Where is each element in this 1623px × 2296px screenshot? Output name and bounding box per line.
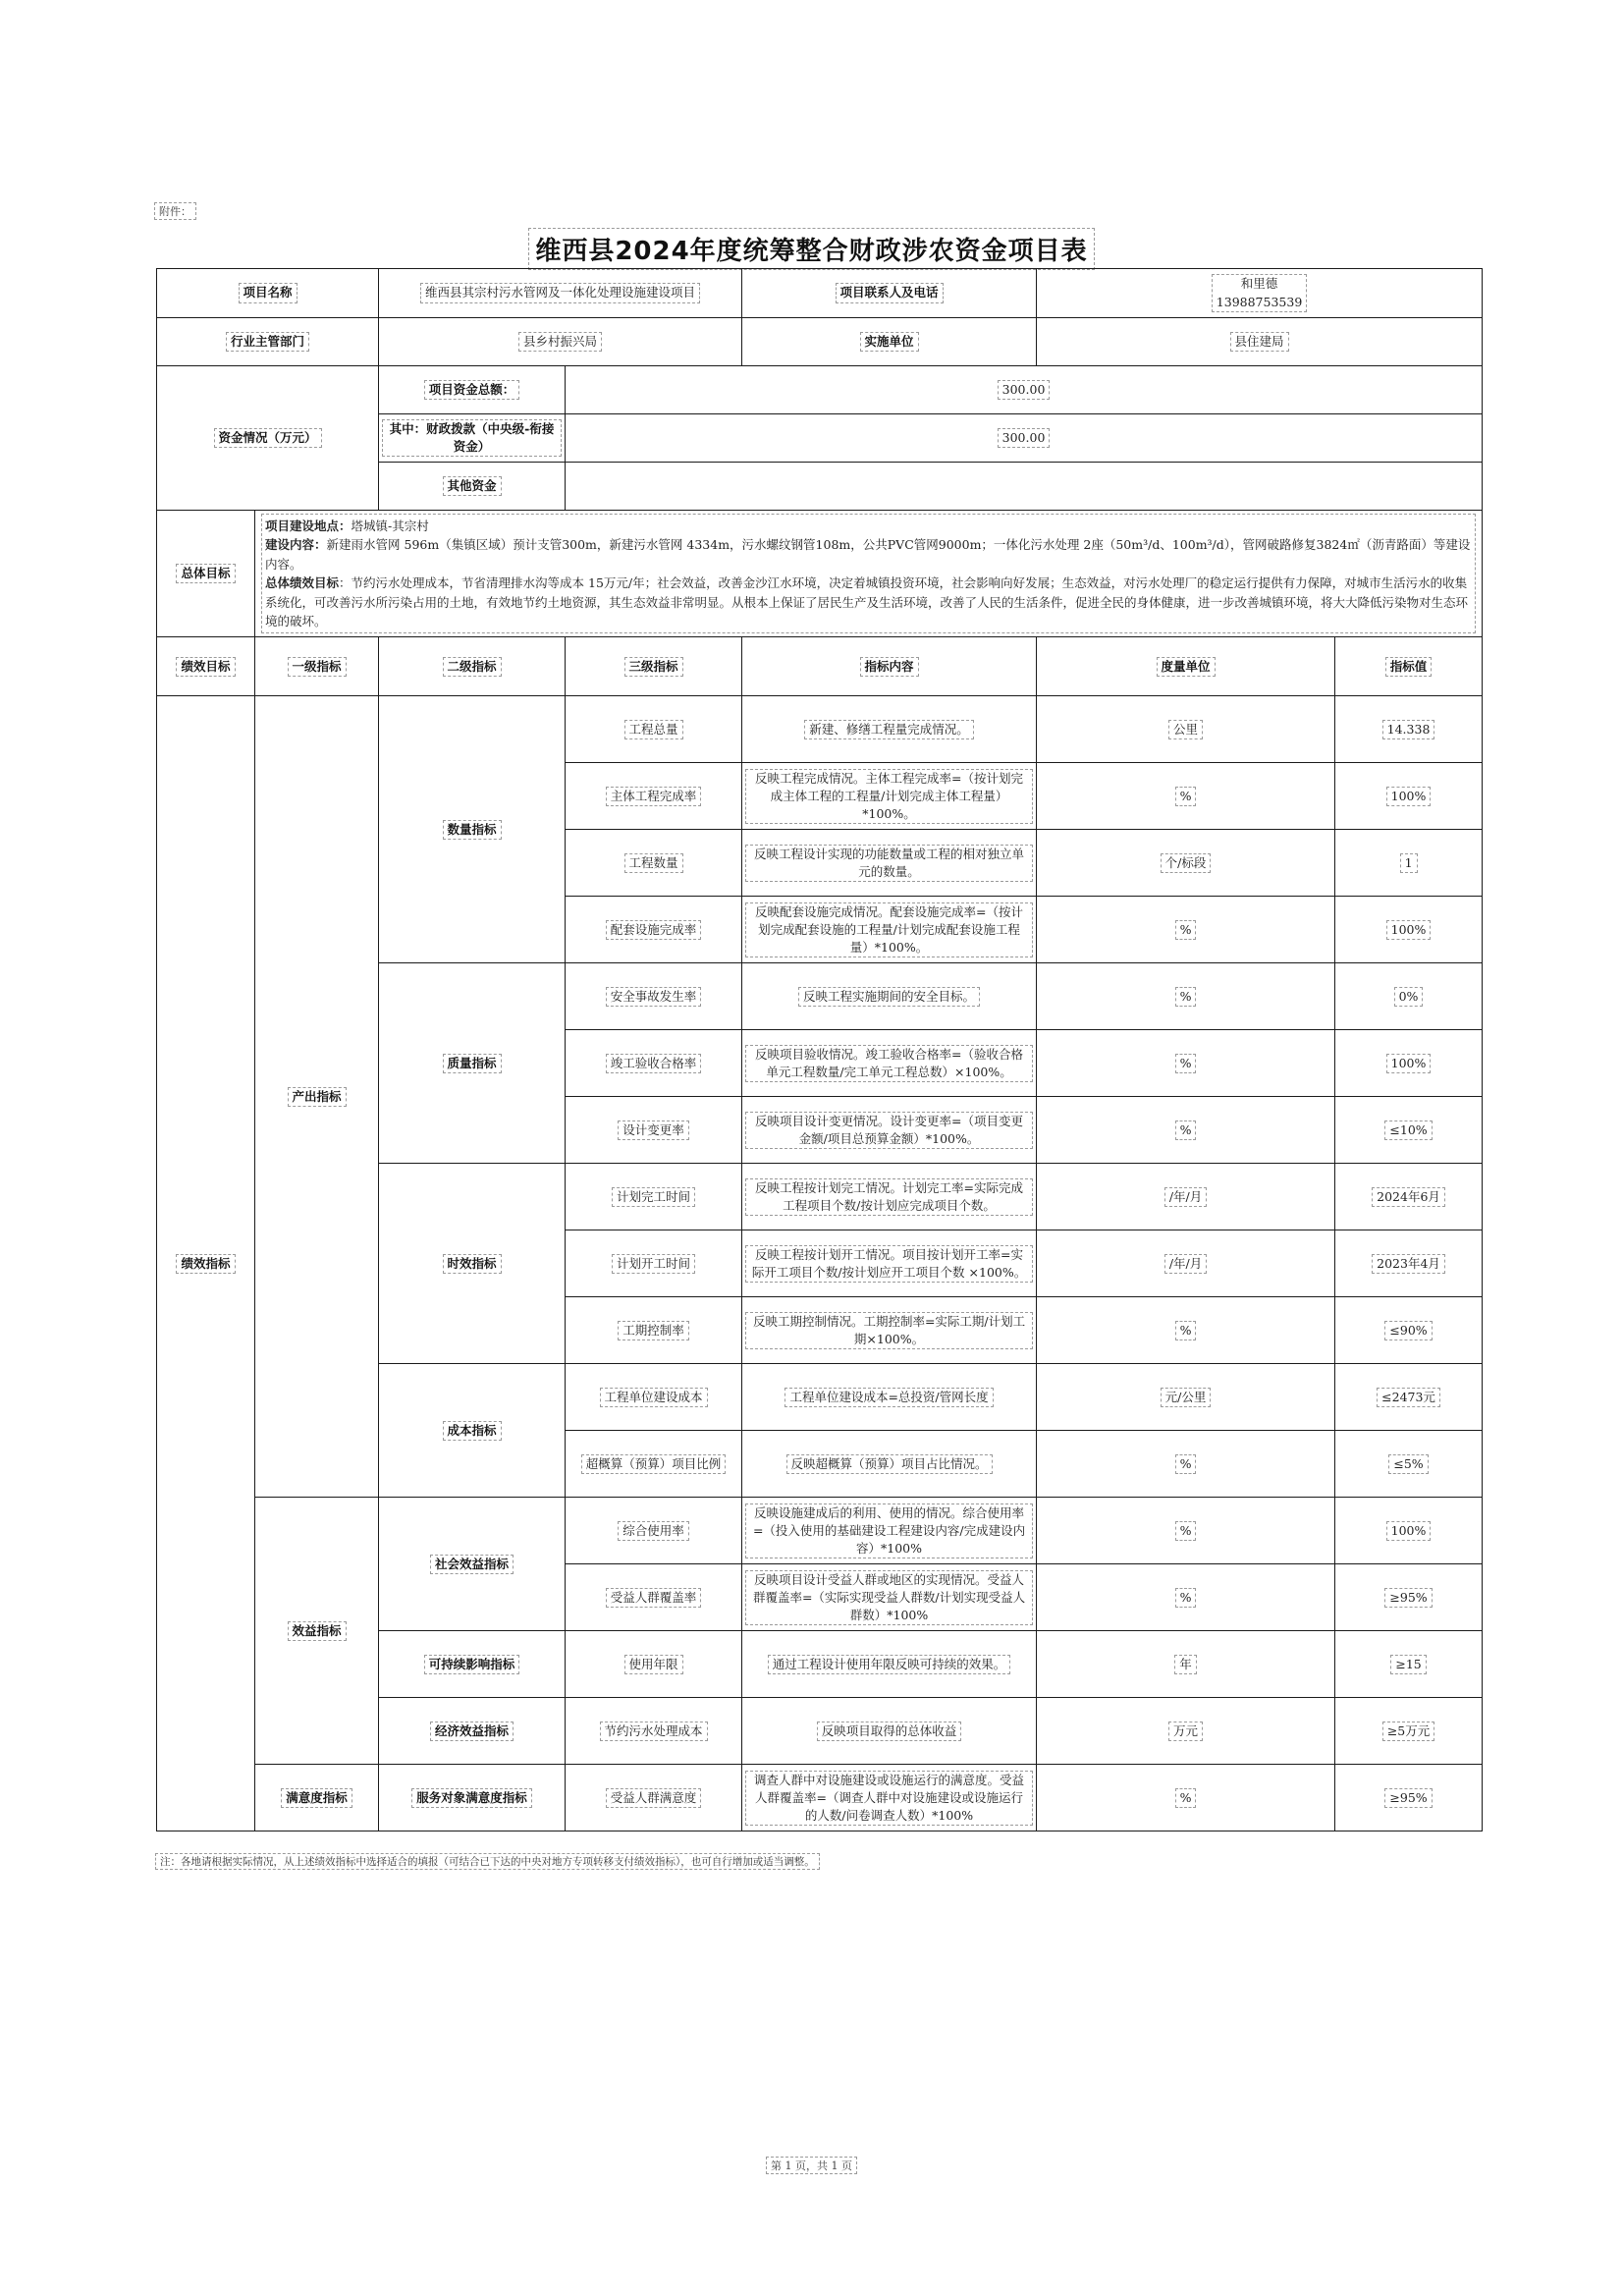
cell-unit: % xyxy=(1037,1498,1335,1564)
cell-value: ≥95% xyxy=(1335,1564,1483,1631)
level2-indicator: 服务对象满意度指标 xyxy=(379,1765,566,1831)
cell-l3: 受益人群满意度 xyxy=(566,1765,742,1831)
dept-label: 行业主管部门 xyxy=(157,318,379,366)
perf-body: 绩效指标产出指标数量指标工程总量新建、修缮工程量完成情况。公里14.338主体工… xyxy=(157,696,1483,1831)
cell-l3: 竣工验收合格率 xyxy=(566,1030,742,1097)
cell-content: 通过工程设计使用年限反映可持续的效果。 xyxy=(742,1631,1037,1698)
cell-value: 100% xyxy=(1335,1030,1483,1097)
col-level1: 一级指标 xyxy=(255,637,379,696)
col-content: 指标内容 xyxy=(742,637,1037,696)
level1-indicator: 产出指标 xyxy=(255,696,379,1498)
row-dept: 行业主管部门 县乡村振兴局 实施单位 县住建局 xyxy=(157,318,1483,366)
cell-value: 100% xyxy=(1335,1498,1483,1564)
funds-total-value: 300.00 xyxy=(566,366,1483,414)
project-name-value: 维西县其宗村污水管网及一体化处理设施建设项目 xyxy=(379,269,742,318)
cell-unit: % xyxy=(1037,1765,1335,1831)
cell-content: 反映项目取得的总体收益 xyxy=(742,1698,1037,1765)
cell-content: 反映工期控制情况。工期控制率=实际工期/计划工期×100%。 xyxy=(742,1297,1037,1364)
footnote: 注：各地请根据实际情况，从上述绩效指标中选择适合的填报（可结合已下达的中央对地方… xyxy=(155,1853,820,1870)
cell-content: 反映工程完成情况。主体工程完成率=（按计划完成主体工程的工程量/计划完成主体工程… xyxy=(742,763,1037,830)
cell-value: 2023年4月 xyxy=(1335,1230,1483,1297)
dept-value: 县乡村振兴局 xyxy=(379,318,742,366)
cell-unit: % xyxy=(1037,963,1335,1030)
cell-l3: 配套设施完成率 xyxy=(566,897,742,963)
col-perf-goal: 绩效目标 xyxy=(157,637,255,696)
cell-content: 反映项目验收情况。竣工验收合格率=（验收合格单元工程数量/完工单元工程总数）×1… xyxy=(742,1030,1037,1097)
page-title: 维西县2024年度统筹整合财政涉农资金项目表 xyxy=(0,228,1623,270)
perf-row: 满意度指标服务对象满意度指标受益人群满意度调查人群中对设施建设或设施运行的满意度… xyxy=(157,1765,1483,1831)
cell-l3: 工程数量 xyxy=(566,830,742,897)
attachment-label: 附件： xyxy=(154,202,196,220)
cell-unit: /年/月 xyxy=(1037,1164,1335,1230)
level2-indicator: 经济效益指标 xyxy=(379,1698,566,1765)
cell-content: 新建、修缮工程量完成情况。 xyxy=(742,696,1037,763)
cell-value: 1 xyxy=(1335,830,1483,897)
cell-value: ≥5万元 xyxy=(1335,1698,1483,1765)
level2-indicator: 社会效益指标 xyxy=(379,1498,566,1631)
cell-l3: 安全事故发生率 xyxy=(566,963,742,1030)
cell-unit: 公里 xyxy=(1037,696,1335,763)
impl-value: 县住建局 xyxy=(1037,318,1483,366)
cell-unit: 元/公里 xyxy=(1037,1364,1335,1431)
cell-l3: 计划完工时间 xyxy=(566,1164,742,1230)
level2-indicator: 可持续影响指标 xyxy=(379,1631,566,1698)
cell-unit: 万元 xyxy=(1037,1698,1335,1765)
cell-unit: % xyxy=(1037,1297,1335,1364)
level1-indicator: 效益指标 xyxy=(255,1498,379,1765)
cell-l3: 设计变更率 xyxy=(566,1097,742,1164)
cell-value: 14.338 xyxy=(1335,696,1483,763)
cell-value: ≤90% xyxy=(1335,1297,1483,1364)
cell-unit: % xyxy=(1037,897,1335,963)
funds-other-value xyxy=(566,463,1483,511)
cell-content: 反映项目设计变更情况。设计变更率=（项目变更金额/项目总预算金额）*100%。 xyxy=(742,1097,1037,1164)
funds-other-label: 其他资金 xyxy=(379,463,566,511)
contact-label: 项目联系人及电话 xyxy=(742,269,1037,318)
col-unit: 度量单位 xyxy=(1037,637,1335,696)
level2-indicator: 质量指标 xyxy=(379,963,566,1164)
cell-l3: 节约污水处理成本 xyxy=(566,1698,742,1765)
cell-value: 2024年6月 xyxy=(1335,1164,1483,1230)
cell-unit: /年/月 xyxy=(1037,1230,1335,1297)
cell-value: ≤10% xyxy=(1335,1097,1483,1164)
cell-value: ≥95% xyxy=(1335,1765,1483,1831)
level2-indicator: 时效指标 xyxy=(379,1164,566,1364)
funds-fiscal-label: 其中：财政拨款（中央级-衔接资金） xyxy=(379,414,566,463)
cell-content: 反映设施建成后的利用、使用的情况。综合使用率=（投入使用的基础建设工程建设内容/… xyxy=(742,1498,1037,1564)
level2-indicator: 数量指标 xyxy=(379,696,566,963)
cell-unit: 个/标段 xyxy=(1037,830,1335,897)
overall-goal-content: 项目建设地点：塔城镇-其宗村 建设内容：新建雨水管网 596m（集镇区域）预计支… xyxy=(255,511,1483,637)
perf-row: 绩效指标产出指标数量指标工程总量新建、修缮工程量完成情况。公里14.338 xyxy=(157,696,1483,763)
cell-l3: 工期控制率 xyxy=(566,1297,742,1364)
funds-fiscal-value: 300.00 xyxy=(566,414,1483,463)
col-value: 指标值 xyxy=(1335,637,1483,696)
cell-content: 反映项目设计受益人群或地区的实现情况。受益人群覆盖率=（实际实现受益人群数/计划… xyxy=(742,1564,1037,1631)
cell-unit: 年 xyxy=(1037,1631,1335,1698)
cell-unit: % xyxy=(1037,1564,1335,1631)
cell-content: 工程单位建设成本=总投资/管网长度 xyxy=(742,1364,1037,1431)
cell-content: 反映工程设计实现的功能数量或工程的相对独立单元的数量。 xyxy=(742,830,1037,897)
cell-content: 反映配套设施完成情况。配套设施完成率=（按计划完成配套设施的工程量/计划完成配套… xyxy=(742,897,1037,963)
project-name-label: 项目名称 xyxy=(157,269,379,318)
cell-l3: 超概算（预算）项目比例 xyxy=(566,1431,742,1498)
cell-value: 100% xyxy=(1335,897,1483,963)
cell-value: ≥15 xyxy=(1335,1631,1483,1698)
funds-label: 资金情况（万元） xyxy=(157,366,379,511)
cell-l3: 计划开工时间 xyxy=(566,1230,742,1297)
funds-total-label: 项目资金总额： xyxy=(379,366,566,414)
cell-value: ≤2473元 xyxy=(1335,1364,1483,1431)
cell-l3: 主体工程完成率 xyxy=(566,763,742,830)
perf-header-row: 绩效目标 一级指标 二级指标 三级指标 指标内容 度量单位 指标值 xyxy=(157,637,1483,696)
perf-indicator-label: 绩效指标 xyxy=(157,696,255,1831)
cell-content: 反映工程按计划完工情况。计划完工率=实际完成工程项目个数/按计划应完成项目个数。 xyxy=(742,1164,1037,1230)
cell-l3: 工程单位建设成本 xyxy=(566,1364,742,1431)
col-level2: 二级指标 xyxy=(379,637,566,696)
cell-content: 调查人群中对设施建设或设施运行的满意度。受益人群覆盖率=（调查人群中对设施建设或… xyxy=(742,1765,1037,1831)
cell-l3: 受益人群覆盖率 xyxy=(566,1564,742,1631)
col-level3: 三级指标 xyxy=(566,637,742,696)
cell-content: 反映工程按计划开工情况。项目按计划开工率=实际开工项目个数/按计划应开工项目个数… xyxy=(742,1230,1037,1297)
page-number: 第 1 页，共 1 页 xyxy=(0,2157,1623,2174)
impl-label: 实施单位 xyxy=(742,318,1037,366)
level2-indicator: 成本指标 xyxy=(379,1364,566,1498)
cell-unit: % xyxy=(1037,763,1335,830)
cell-unit: % xyxy=(1037,1097,1335,1164)
cell-content: 反映超概算（预算）项目占比情况。 xyxy=(742,1431,1037,1498)
cell-unit: % xyxy=(1037,1431,1335,1498)
cell-value: 0% xyxy=(1335,963,1483,1030)
row-project-name: 项目名称 维西县其宗村污水管网及一体化处理设施建设项目 项目联系人及电话 和里德… xyxy=(157,269,1483,318)
cell-l3: 综合使用率 xyxy=(566,1498,742,1564)
row-funds-total: 资金情况（万元） 项目资金总额： 300.00 xyxy=(157,366,1483,414)
cell-value: ≤5% xyxy=(1335,1431,1483,1498)
cell-l3: 使用年限 xyxy=(566,1631,742,1698)
overall-goal-label: 总体目标 xyxy=(157,511,255,637)
cell-content: 反映工程实施期间的安全目标。 xyxy=(742,963,1037,1030)
cell-l3: 工程总量 xyxy=(566,696,742,763)
cell-value: 100% xyxy=(1335,763,1483,830)
row-overall-goal: 总体目标 项目建设地点：塔城镇-其宗村 建设内容：新建雨水管网 596m（集镇区… xyxy=(157,511,1483,637)
cell-unit: % xyxy=(1037,1030,1335,1097)
contact-value: 和里德13988753539 xyxy=(1037,269,1483,318)
level1-indicator: 满意度指标 xyxy=(255,1765,379,1831)
perf-row: 效益指标社会效益指标综合使用率反映设施建成后的利用、使用的情况。综合使用率=（投… xyxy=(157,1498,1483,1564)
project-table: 项目名称 维西县其宗村污水管网及一体化处理设施建设项目 项目联系人及电话 和里德… xyxy=(156,268,1483,1831)
